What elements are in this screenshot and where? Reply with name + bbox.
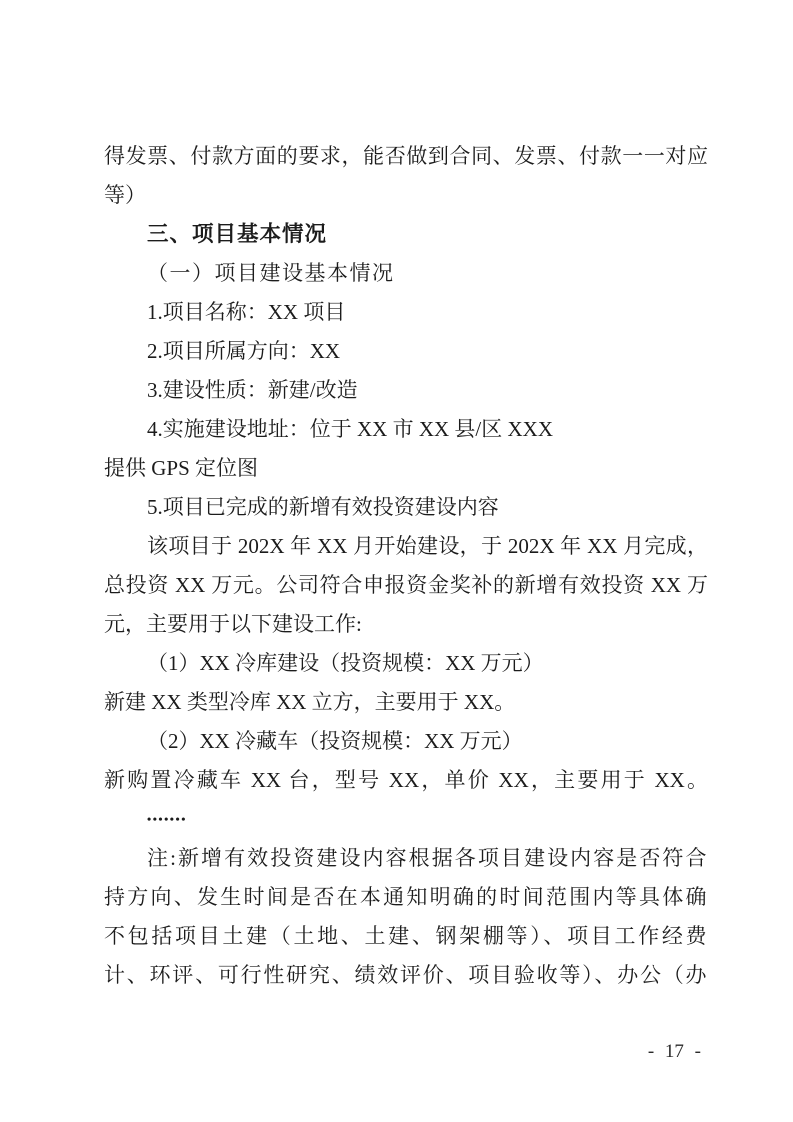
document-lines: 得发票、付款方面的要求，能否做到合同、发票、付款一一对应等）三、项目基本情况（一… xyxy=(104,137,708,995)
text-line: 4.实施建设地址：位于 XX 市 XX 县/区 XXX xyxy=(104,410,708,449)
text-line: 总投资 XX 万元。公司符合申报资金奖补的新增有效投资 XX 万 xyxy=(104,566,708,605)
text-line: 元，主要用于以下建设工作: xyxy=(104,605,708,644)
text-line: 得发票、付款方面的要求，能否做到合同、发票、付款一一对应 xyxy=(104,137,708,176)
text-line: （1）XX 冷库建设（投资规模：XX 万元） xyxy=(104,644,708,683)
text-line: 持方向、发生时间是否在本通知明确的时间范围内等具体确定， xyxy=(104,878,708,917)
text-line: 3.建设性质：新建/改造 xyxy=(104,371,708,410)
text-line: 2.项目所属方向：XX xyxy=(104,332,708,371)
document-page: 得发票、付款方面的要求，能否做到合同、发票、付款一一对应等）三、项目基本情况（一… xyxy=(0,0,793,1122)
text-line: 不包括项目土建（土地、土建、钢架棚等）、项目工作经费（设 xyxy=(104,917,708,956)
text-line: 提供 GPS 定位图 xyxy=(104,449,708,488)
text-line: 该项目于 202X 年 XX 月开始建设，于 202X 年 XX 月完成， xyxy=(104,527,708,566)
text-line: （一）项目建设基本情况 xyxy=(104,254,708,293)
text-line: ••••••• xyxy=(104,800,708,839)
text-line: （2）XX 冷藏车（投资规模：XX 万元） xyxy=(104,722,708,761)
text-line: 等） xyxy=(104,176,708,215)
text-line: 1.项目名称：XX 项目 xyxy=(104,293,708,332)
text-line: 5.项目已完成的新增有效投资建设内容 xyxy=(104,488,708,527)
text-line: 新建 XX 类型冷库 XX 立方，主要用于 XX。 xyxy=(104,683,708,722)
text-line: 注:新增有效投资建设内容根据各项目建设内容是否符合支 xyxy=(104,839,708,878)
text-line: 新购置冷藏车 XX 台，型号 XX，单价 XX，主要用于 XX。 xyxy=(104,761,708,800)
text-line: 三、项目基本情况 xyxy=(104,215,708,254)
page-number: - 17 - xyxy=(0,1041,701,1063)
text-line: 计、环评、可行性研究、绩效评价、项目验收等）、办公（办公 xyxy=(104,956,708,995)
